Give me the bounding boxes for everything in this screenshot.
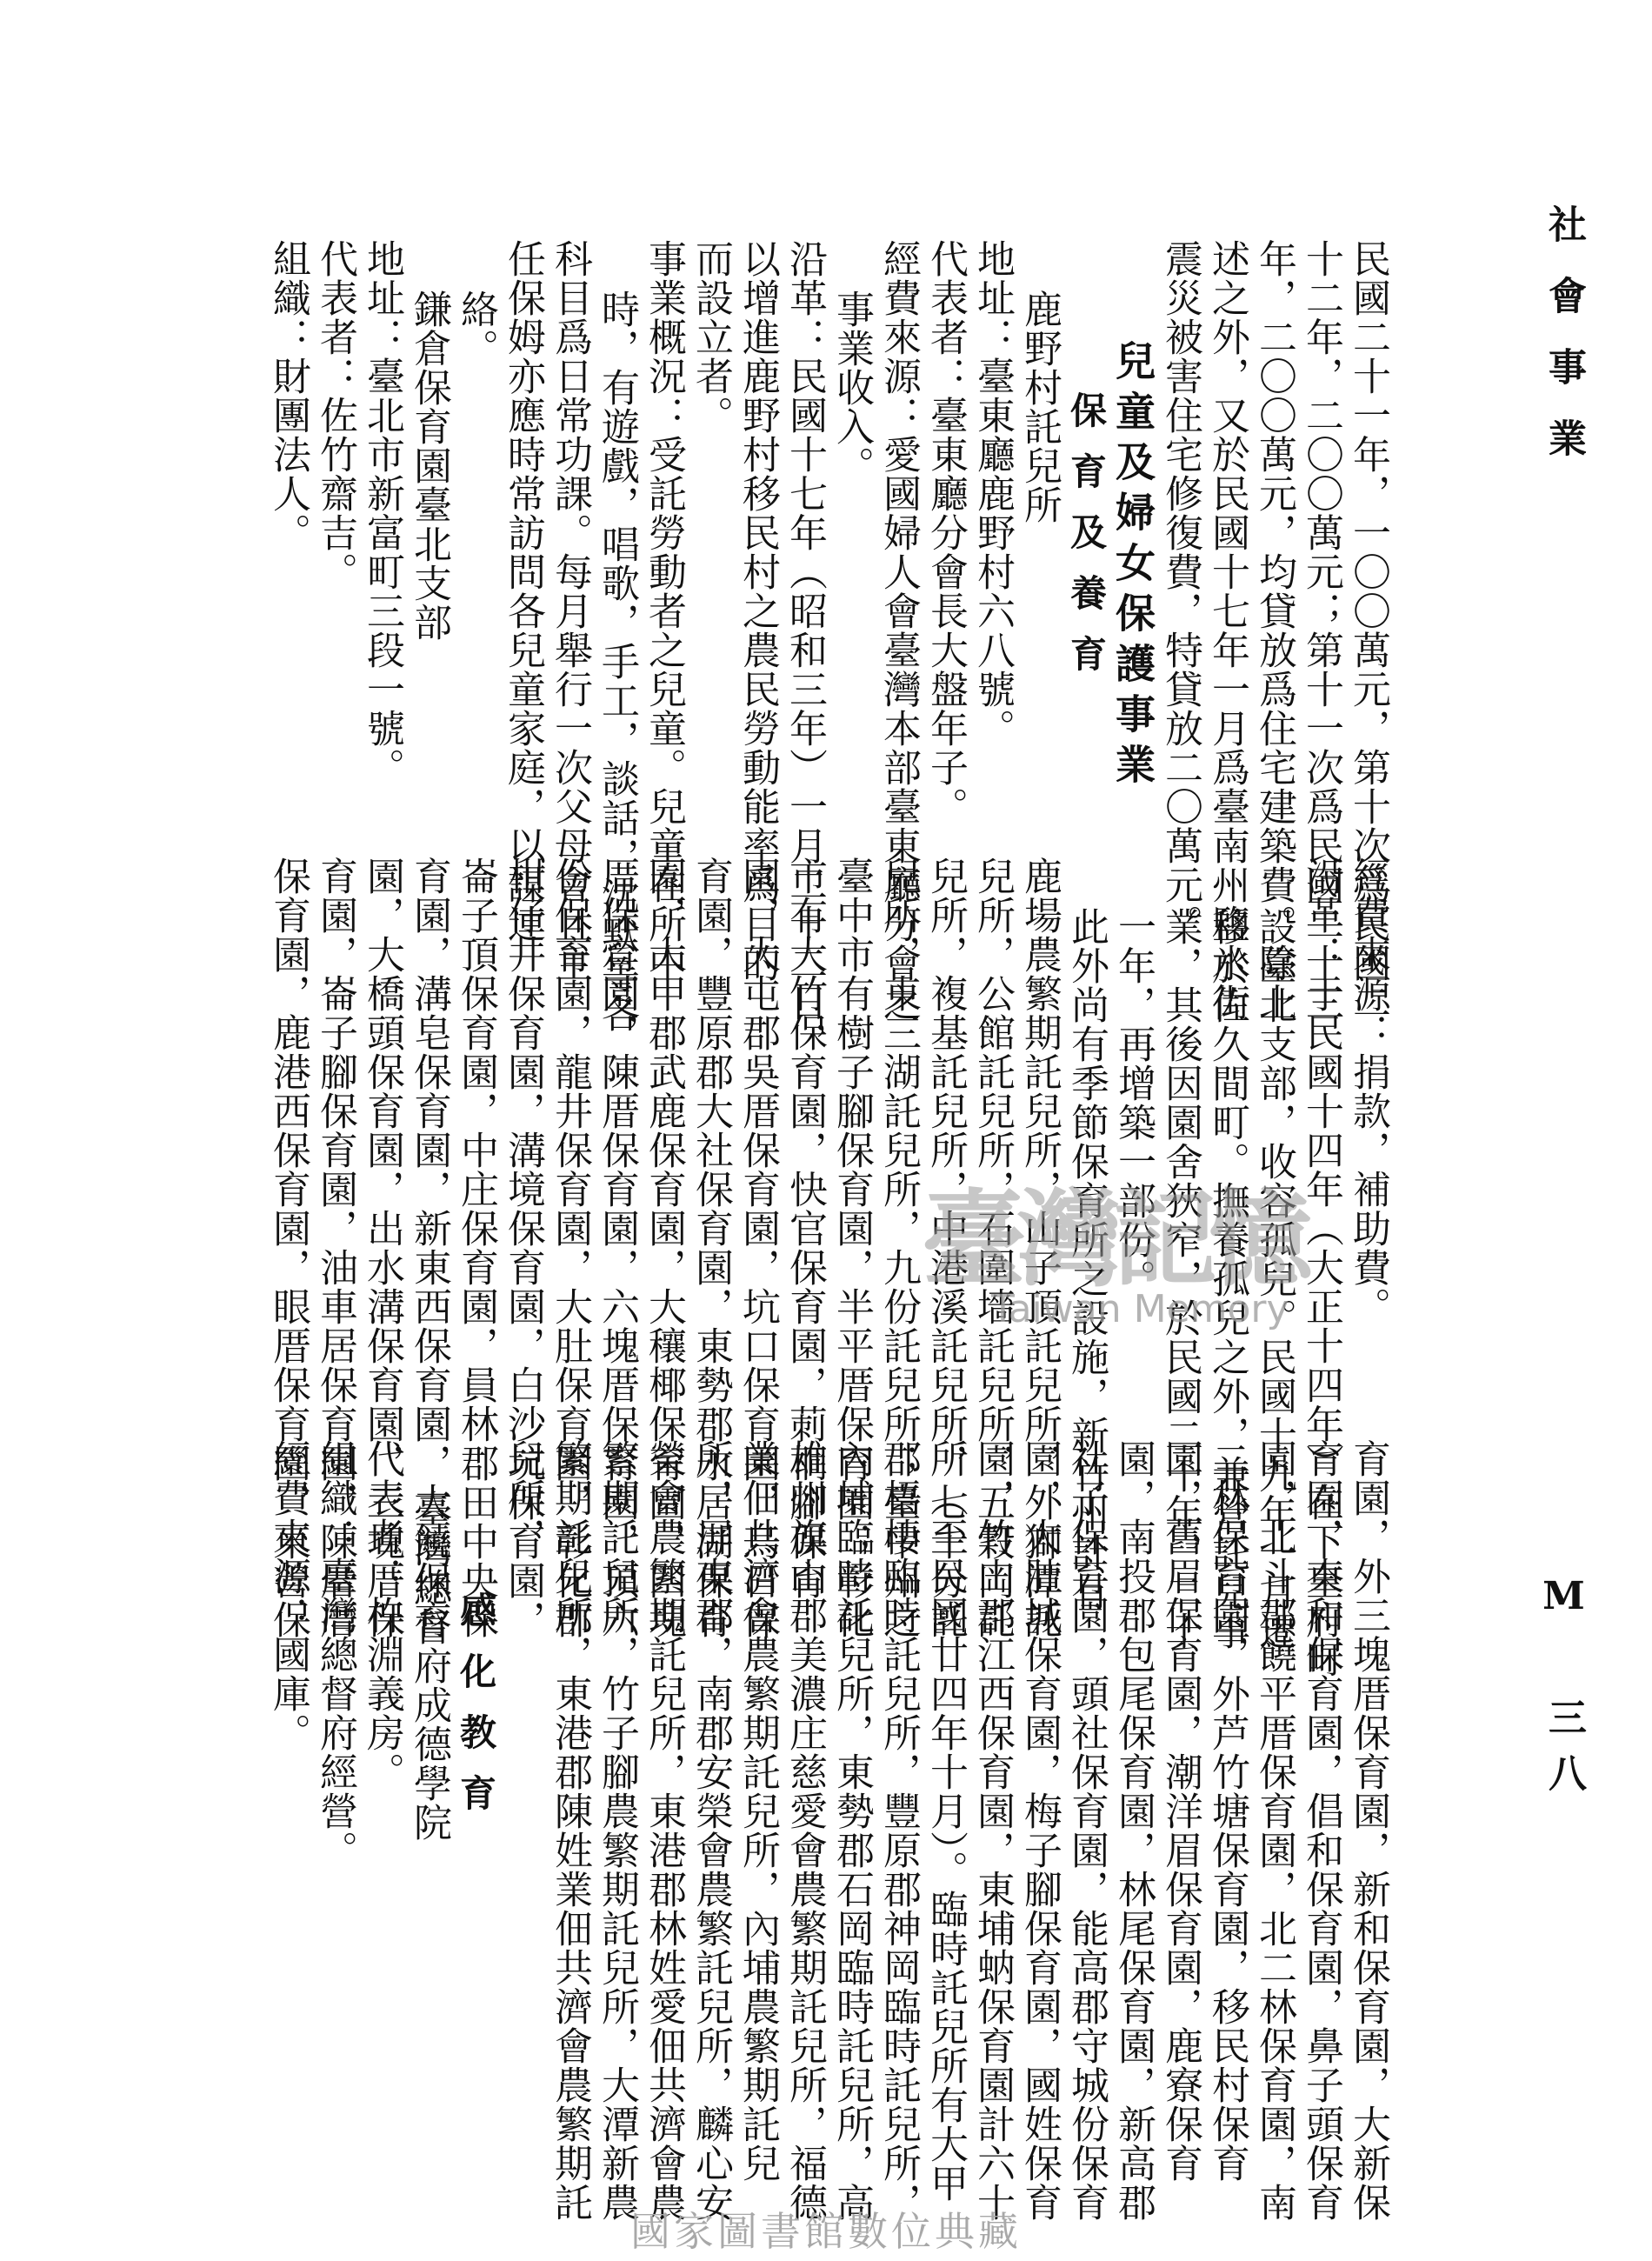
text-column: 育園，豐原郡大社保育園，東勢郡永居湖保育 xyxy=(687,857,734,1422)
text-column: 十二年，二〇〇萬元；第十一次爲民國二十三 xyxy=(1297,239,1344,796)
text-column: 崙子頂保育園，中庄保育園，員林郡田中央保 xyxy=(452,857,499,1422)
text-column: 柑仔井保育園，溝境保育園，白沙坑保育園， xyxy=(499,857,546,1422)
text-column: 榮會農繁期託兒所，東港郡林姓愛佃共濟會農 xyxy=(640,1439,687,1926)
text-column: 代表者：杵淵義房。 xyxy=(358,1439,405,1926)
bottom-text-band: 育園，外三塊厝保育園，新和保育園，大新保 育園，東和保育園，倡和保育園，鼻子頭保… xyxy=(264,1439,1391,1926)
text-column: 園，大甲郡武鹿保育園，大穰椰保育園，四塊 xyxy=(640,857,687,1422)
text-column: 業佃共濟會農繁期託兒所，內埔農繁期託兒 xyxy=(734,1439,781,1926)
text-column: 時，有遊戲，唱歌，手工，談話，沈默等各 xyxy=(593,239,640,796)
footer-watermark: 國家圖書館數位典藏 xyxy=(0,2200,1652,2258)
text-column: 任保姆亦應時常訪問各兒童家庭，以謀連 xyxy=(499,239,546,796)
text-column: 所（至民國廿四年十月）。臨時託兒所有大甲 xyxy=(922,1439,969,1926)
text-column: 地址：臺北市新富町三段一號。 xyxy=(358,239,405,796)
text-column: 內埔臨時託兒所，東勢郡石岡臨時託兒所，高 xyxy=(828,1439,875,1926)
text-column: 園，南投郡包尾保育園，林尾保育園，新高郡 xyxy=(1109,1439,1156,1926)
institution-name: 鹿野村託兒所 xyxy=(1016,239,1062,796)
text-column: 事業概況：受託勞動者之兒童。兒童在所中 xyxy=(640,239,687,796)
upper-text-band: 民國二十一年，一〇〇萬元，第十次爲民國二 十二年，二〇〇萬元；第十一次爲民國二十… xyxy=(264,239,1391,796)
text-column: 園，大橋頭保育園，出水溝保育園，三塊厝保 xyxy=(358,857,405,1422)
text-column: 郡梧棲臨時託兒所，豐原郡神岡臨時託兒所， xyxy=(875,1439,922,1926)
page-number: M 三八 xyxy=(1535,1574,1591,1809)
text-column: 育園，東和保育園，倡和保育園，鼻子頭保育 xyxy=(1297,1439,1344,1926)
text-column: 厝保育園，陳厝保育園，六塊厝保育園，頂六 xyxy=(593,857,640,1422)
text-column: 年，二〇〇萬元，均貸放爲住宅建築費。除上 xyxy=(1250,239,1297,796)
watermark-logo-text: 臺灣記憶 xyxy=(922,1157,1356,1306)
text-column: 科目爲日常功課。每月舉行一次父母會且主 xyxy=(546,239,593,796)
text-column: 經費來源：愛國婦人會臺灣本部臺東廳分會之 xyxy=(875,239,922,796)
subsection-heading: 感化教育 xyxy=(452,1439,499,1926)
watermark-logo-subtext: Taiwan Memory xyxy=(991,1287,1289,1331)
text-column: 二林保育園，外芦竹塘保育園，移民村保育 xyxy=(1203,1439,1250,1926)
text-column: 兒所， xyxy=(499,1439,546,1926)
text-column: 兒所，東三湖託兒所，九份託兒所；臺中州之 xyxy=(875,857,922,1422)
text-column: 園，北斗郡饒平厝保育園，北二林保育園，南 xyxy=(1250,1439,1297,1926)
taiwan-memory-watermark: 臺灣記憶 Taiwan Memory xyxy=(922,1157,1356,1348)
text-column: 以增進鹿野村移民村之農民勞動能率爲目的 xyxy=(734,239,781,796)
text-column: 園，竹山郡江西保育園，東埔蚋保育園計六十 xyxy=(969,1439,1016,1926)
text-column: 園，舊眉保育園，潮洋眉保育園，鹿寮保育 xyxy=(1156,1439,1203,1926)
text-column: 園，大屯郡吳厝保育園，坑口保育園，烏日保 xyxy=(734,857,781,1422)
text-column: 民國二十一年，一〇〇萬元，第十次爲民國二 xyxy=(1344,239,1391,796)
text-column: 臺中市有樹子腳保育園，半平厝保育園；彰化 xyxy=(828,857,875,1422)
text-column: 而設立者。 xyxy=(687,239,734,796)
text-column: 育園，溝皂保育園，新東西保育園，大饒保育 xyxy=(405,857,452,1422)
text-column: 繁期託兒所，竹子腳農繁期託兒所，大潭新農 xyxy=(593,1439,640,1926)
institution-name: 臺灣總督府成德學院 xyxy=(405,1439,452,1926)
text-column: 代表者：臺東廳分會長大盤年子。 xyxy=(922,239,969,796)
institution-name: 鎌倉保育園臺北支部 xyxy=(405,239,452,796)
text-column: 雄州旗山郡美濃庄慈愛會農繁期託兒所，福德 xyxy=(781,1439,828,1926)
text-column: 所，屏東郡，南郡安榮會農繁託兒所，麟心安 xyxy=(687,1439,734,1926)
text-column: 經費來源：國庫。 xyxy=(264,1439,311,1926)
text-column: 述之外，又於民國十七年一月爲臺南州鹽水街 xyxy=(1203,239,1250,796)
text-column: 地址：臺東廳鹿野村六八號。 xyxy=(969,239,1016,796)
text-column: 組織：財團法人。 xyxy=(264,239,311,796)
text-column: 震災被害住宅修復費，特貸放二〇萬元。 xyxy=(1156,239,1203,796)
text-column: 育園，外三塊厝保育園，新和保育園，大新保 xyxy=(1344,1439,1391,1926)
text-column: 代表者：佐竹齋吉。 xyxy=(311,239,358,796)
text-column: 市有大竹保育園，快官保育園，莿桐腳保育 xyxy=(781,857,828,1422)
text-column: 育園，崙子腳保育園，油車居保育園，陳厝厝 xyxy=(311,857,358,1422)
page-header-title: 社會事業 xyxy=(1535,204,1591,490)
section-heading: 兒童及婦女保護事業 xyxy=(1109,239,1156,796)
text-column: 絡。 xyxy=(452,239,499,796)
text-column: 保育園，鹿港西保育園，眼厝保育園，東營保 xyxy=(264,857,311,1422)
text-column: 沿革：民國十七年（昭和三年）一月二十二日， xyxy=(781,239,828,796)
text-column: 事業收入。 xyxy=(828,239,875,796)
text-column: 社子保育園，頭社保育園，能高郡守城份保育 xyxy=(1062,1439,1109,1926)
text-column: 份保育園，龍井保育園，大肚保育園，彰化郡 xyxy=(546,857,593,1422)
text-column: 組織：臺灣總督府經營。 xyxy=(311,1439,358,1926)
text-column: 繁期託兒所，東港郡陳姓業佃共濟會農繁期託 xyxy=(546,1439,593,1926)
subsection-heading: 保育及養育 xyxy=(1062,239,1109,796)
text-column: 園，大肚城保育園，梅子腳保育園，國姓保育 xyxy=(1016,1439,1062,1926)
